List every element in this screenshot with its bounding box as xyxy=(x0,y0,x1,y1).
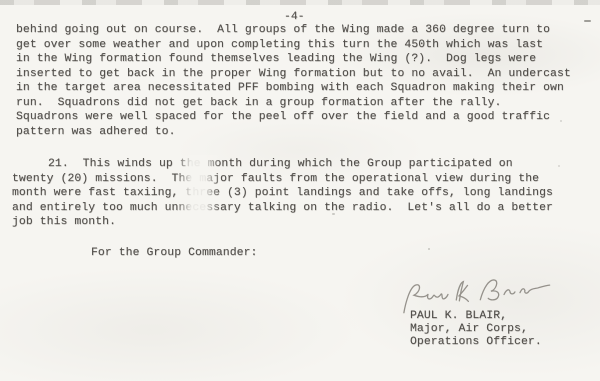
text-line: month were fast taxiing, three (3) point… xyxy=(12,186,553,201)
text-line: and entirely too much unnecessary talkin… xyxy=(12,201,553,216)
document-page: -4- behind going out on course. All grou… xyxy=(0,0,600,381)
noise-speck xyxy=(558,165,560,167)
signoff-name: PAUL K. BLAIR, xyxy=(410,310,542,323)
text-line: run. Squadrons did not get back in a gro… xyxy=(16,96,571,111)
paragraph-1: behind going out on course. All groups o… xyxy=(16,23,571,139)
signoff-rank: Major, Air Corps, xyxy=(410,323,542,336)
text-line: in the Wing formation found themselves l… xyxy=(16,52,571,67)
text-line: 21. This winds up the month during which… xyxy=(12,157,553,172)
noise-speck xyxy=(428,248,430,250)
noise-speck xyxy=(560,120,562,122)
text-line: Squadrons were well spaced for the peel … xyxy=(16,110,571,125)
scan-edge-artifact xyxy=(0,0,600,5)
paragraph-2: 21. This winds up the month during which… xyxy=(12,157,553,230)
text-line: in the target area necessitated PFF bomb… xyxy=(16,81,571,96)
noise-speck xyxy=(584,20,591,22)
typed-signoff-block: PAUL K. BLAIR, Major, Air Corps, Operati… xyxy=(410,310,542,350)
closing-line: For the Group Commander: xyxy=(91,246,257,261)
text-line: get over some weather and upon completin… xyxy=(16,38,571,53)
text-line: behind going out on course. All groups o… xyxy=(16,23,571,38)
text-line: twenty (20) missions. The major faults f… xyxy=(12,172,553,187)
signoff-title: Operations Officer. xyxy=(410,336,542,349)
text-line: pattern was adhered to. xyxy=(16,125,571,140)
noise-speck xyxy=(332,213,335,215)
text-line: job this month. xyxy=(12,215,553,230)
text-line: inserted to get back in the proper Wing … xyxy=(16,67,571,82)
page-number: -4- xyxy=(284,11,305,23)
